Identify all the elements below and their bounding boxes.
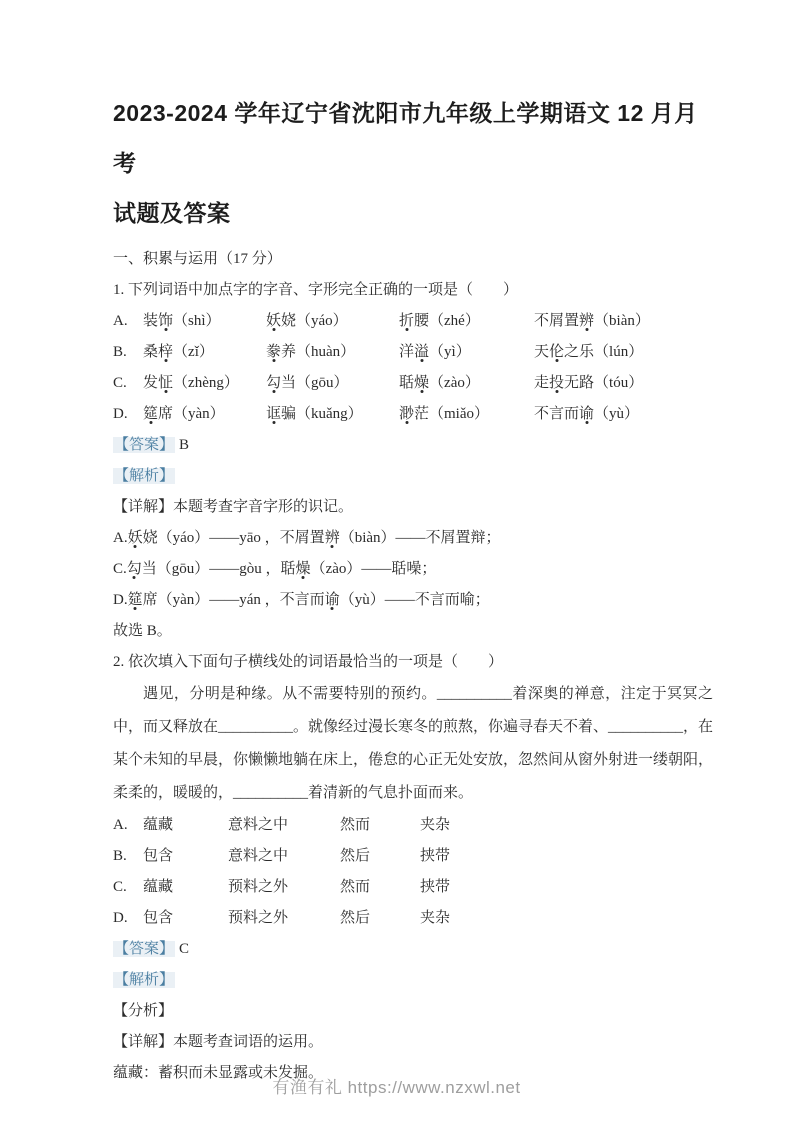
- option-word: 豢养（huàn）: [266, 337, 399, 368]
- option-label: D.: [113, 903, 143, 934]
- q1-detail-line: A.妖娆（yáo）——yāo ，不屑置辨（biàn）——不屑置辩；: [113, 523, 713, 554]
- option-word: 诓骗（kuǎng）: [266, 399, 399, 430]
- option-word: 发怔（zhèng）: [143, 368, 266, 399]
- option-word: 然后: [340, 903, 420, 934]
- q1-detail-line: D.筵席（yàn）——yán ，不言而谕（yù）——不言而喻；: [113, 585, 713, 616]
- option-label: C.: [113, 368, 143, 399]
- option-word: 聒燥（zào）: [399, 368, 534, 399]
- q1-option-row-c: C. 发怔（zhèng） 勾当（gōu） 聒燥（zào） 走投无路（tóu）: [113, 368, 713, 399]
- q1-conclusion: 故选 B。: [113, 616, 713, 647]
- q2-stem: 2. 依次填入下面句子横线处的词语最恰当的一项是（ ）: [113, 647, 713, 678]
- option-word: 筵席（yàn）: [143, 399, 266, 430]
- answer-label: 【答案】: [113, 941, 175, 957]
- q2-option-row-a: A. 蕴藏 意料之中 然而 夹杂: [113, 810, 713, 841]
- q2-option-row-d: D. 包含 预料之外 然后 夹杂: [113, 903, 713, 934]
- option-label: B.: [113, 841, 143, 872]
- option-word: 包含: [143, 841, 228, 872]
- analysis-label: 【解析】: [113, 468, 175, 484]
- document-page: 2023-2024 学年辽宁省沈阳市九年级上学期语文 12 月月考 试题及答案 …: [0, 0, 793, 1122]
- q2-analysis2-line: 【分析】: [113, 996, 713, 1027]
- footer-watermark: 有渔有礼 https://www.nzxwl.net: [0, 1073, 793, 1098]
- answer-value: B: [179, 437, 189, 453]
- option-word: 渺茫（miǎo）: [399, 399, 534, 430]
- option-word: 然而: [340, 810, 420, 841]
- q1-stem: 1. 下列词语中加点字的字音、字形完全正确的一项是（ ）: [113, 275, 713, 306]
- q2-option-row-c: C. 蕴藏 预料之外 然而 挟带: [113, 872, 713, 903]
- option-word: 勾当（gōu）: [266, 368, 399, 399]
- option-word: 夹杂: [420, 810, 713, 841]
- option-label: B.: [113, 337, 143, 368]
- option-word: 预料之外: [228, 872, 340, 903]
- option-word: 然而: [340, 872, 420, 903]
- q1-detail-line: C.勾当（gōu）——gòu ，聒燥（zào）——聒噪；: [113, 554, 713, 585]
- q2-option-row-b: B. 包含 意料之中 然后 挟带: [113, 841, 713, 872]
- q1-detail-intro: 【详解】本题考查字音字形的识记。: [113, 492, 713, 523]
- q2-answer-line: 【答案】C: [113, 934, 713, 965]
- section-heading: 一、积累与运用（17 分）: [113, 244, 713, 275]
- q1-option-row-b: B. 桑梓（zǐ） 豢养（huàn） 洋溢（yì） 天伦之乐（lún）: [113, 337, 713, 368]
- q1-analysis-line: 【解析】: [113, 461, 713, 492]
- analysis-label: 【解析】: [113, 972, 175, 988]
- q2-passage: 遇见，分明是种缘。从不需要特别的预约。__________着深奥的禅意，注定于冥…: [113, 678, 713, 810]
- option-word: 预料之外: [228, 903, 340, 934]
- option-label: A.: [113, 306, 143, 337]
- option-word: 桑梓（zǐ）: [143, 337, 266, 368]
- option-label: D.: [113, 399, 143, 430]
- option-word: 妖娆（yáo）: [266, 306, 399, 337]
- q2-detail-intro: 【详解】本题考查词语的运用。: [113, 1027, 713, 1058]
- option-word: 不屑置辨（biàn）: [534, 306, 713, 337]
- option-label: A.: [113, 810, 143, 841]
- q1-answer-line: 【答案】B: [113, 430, 713, 461]
- q1-option-row-a: A. 装饰（shì） 妖娆（yáo） 折腰（zhé） 不屑置辨（biàn）: [113, 306, 713, 337]
- option-word: 天伦之乐（lún）: [534, 337, 713, 368]
- answer-label: 【答案】: [113, 437, 175, 453]
- q1-option-row-d: D. 筵席（yàn） 诓骗（kuǎng） 渺茫（miǎo） 不言而谕（yù）: [113, 399, 713, 430]
- option-word: 包含: [143, 903, 228, 934]
- option-word: 夹杂: [420, 903, 713, 934]
- doc-title-line-2: 试题及答案: [113, 188, 713, 238]
- option-word: 不言而谕（yù）: [534, 399, 713, 430]
- option-word: 走投无路（tóu）: [534, 368, 713, 399]
- doc-title-line-1: 2023-2024 学年辽宁省沈阳市九年级上学期语文 12 月月考: [113, 88, 713, 188]
- q2-analysis-line: 【解析】: [113, 965, 713, 996]
- option-word: 蕴藏: [143, 872, 228, 903]
- option-word: 挟带: [420, 841, 713, 872]
- option-word: 折腰（zhé）: [399, 306, 534, 337]
- option-word: 蕴藏: [143, 810, 228, 841]
- option-word: 意料之中: [228, 841, 340, 872]
- answer-value: C: [179, 941, 189, 957]
- option-word: 挟带: [420, 872, 713, 903]
- option-word: 装饰（shì）: [143, 306, 266, 337]
- option-word: 然后: [340, 841, 420, 872]
- option-word: 意料之中: [228, 810, 340, 841]
- option-word: 洋溢（yì）: [399, 337, 534, 368]
- option-label: C.: [113, 872, 143, 903]
